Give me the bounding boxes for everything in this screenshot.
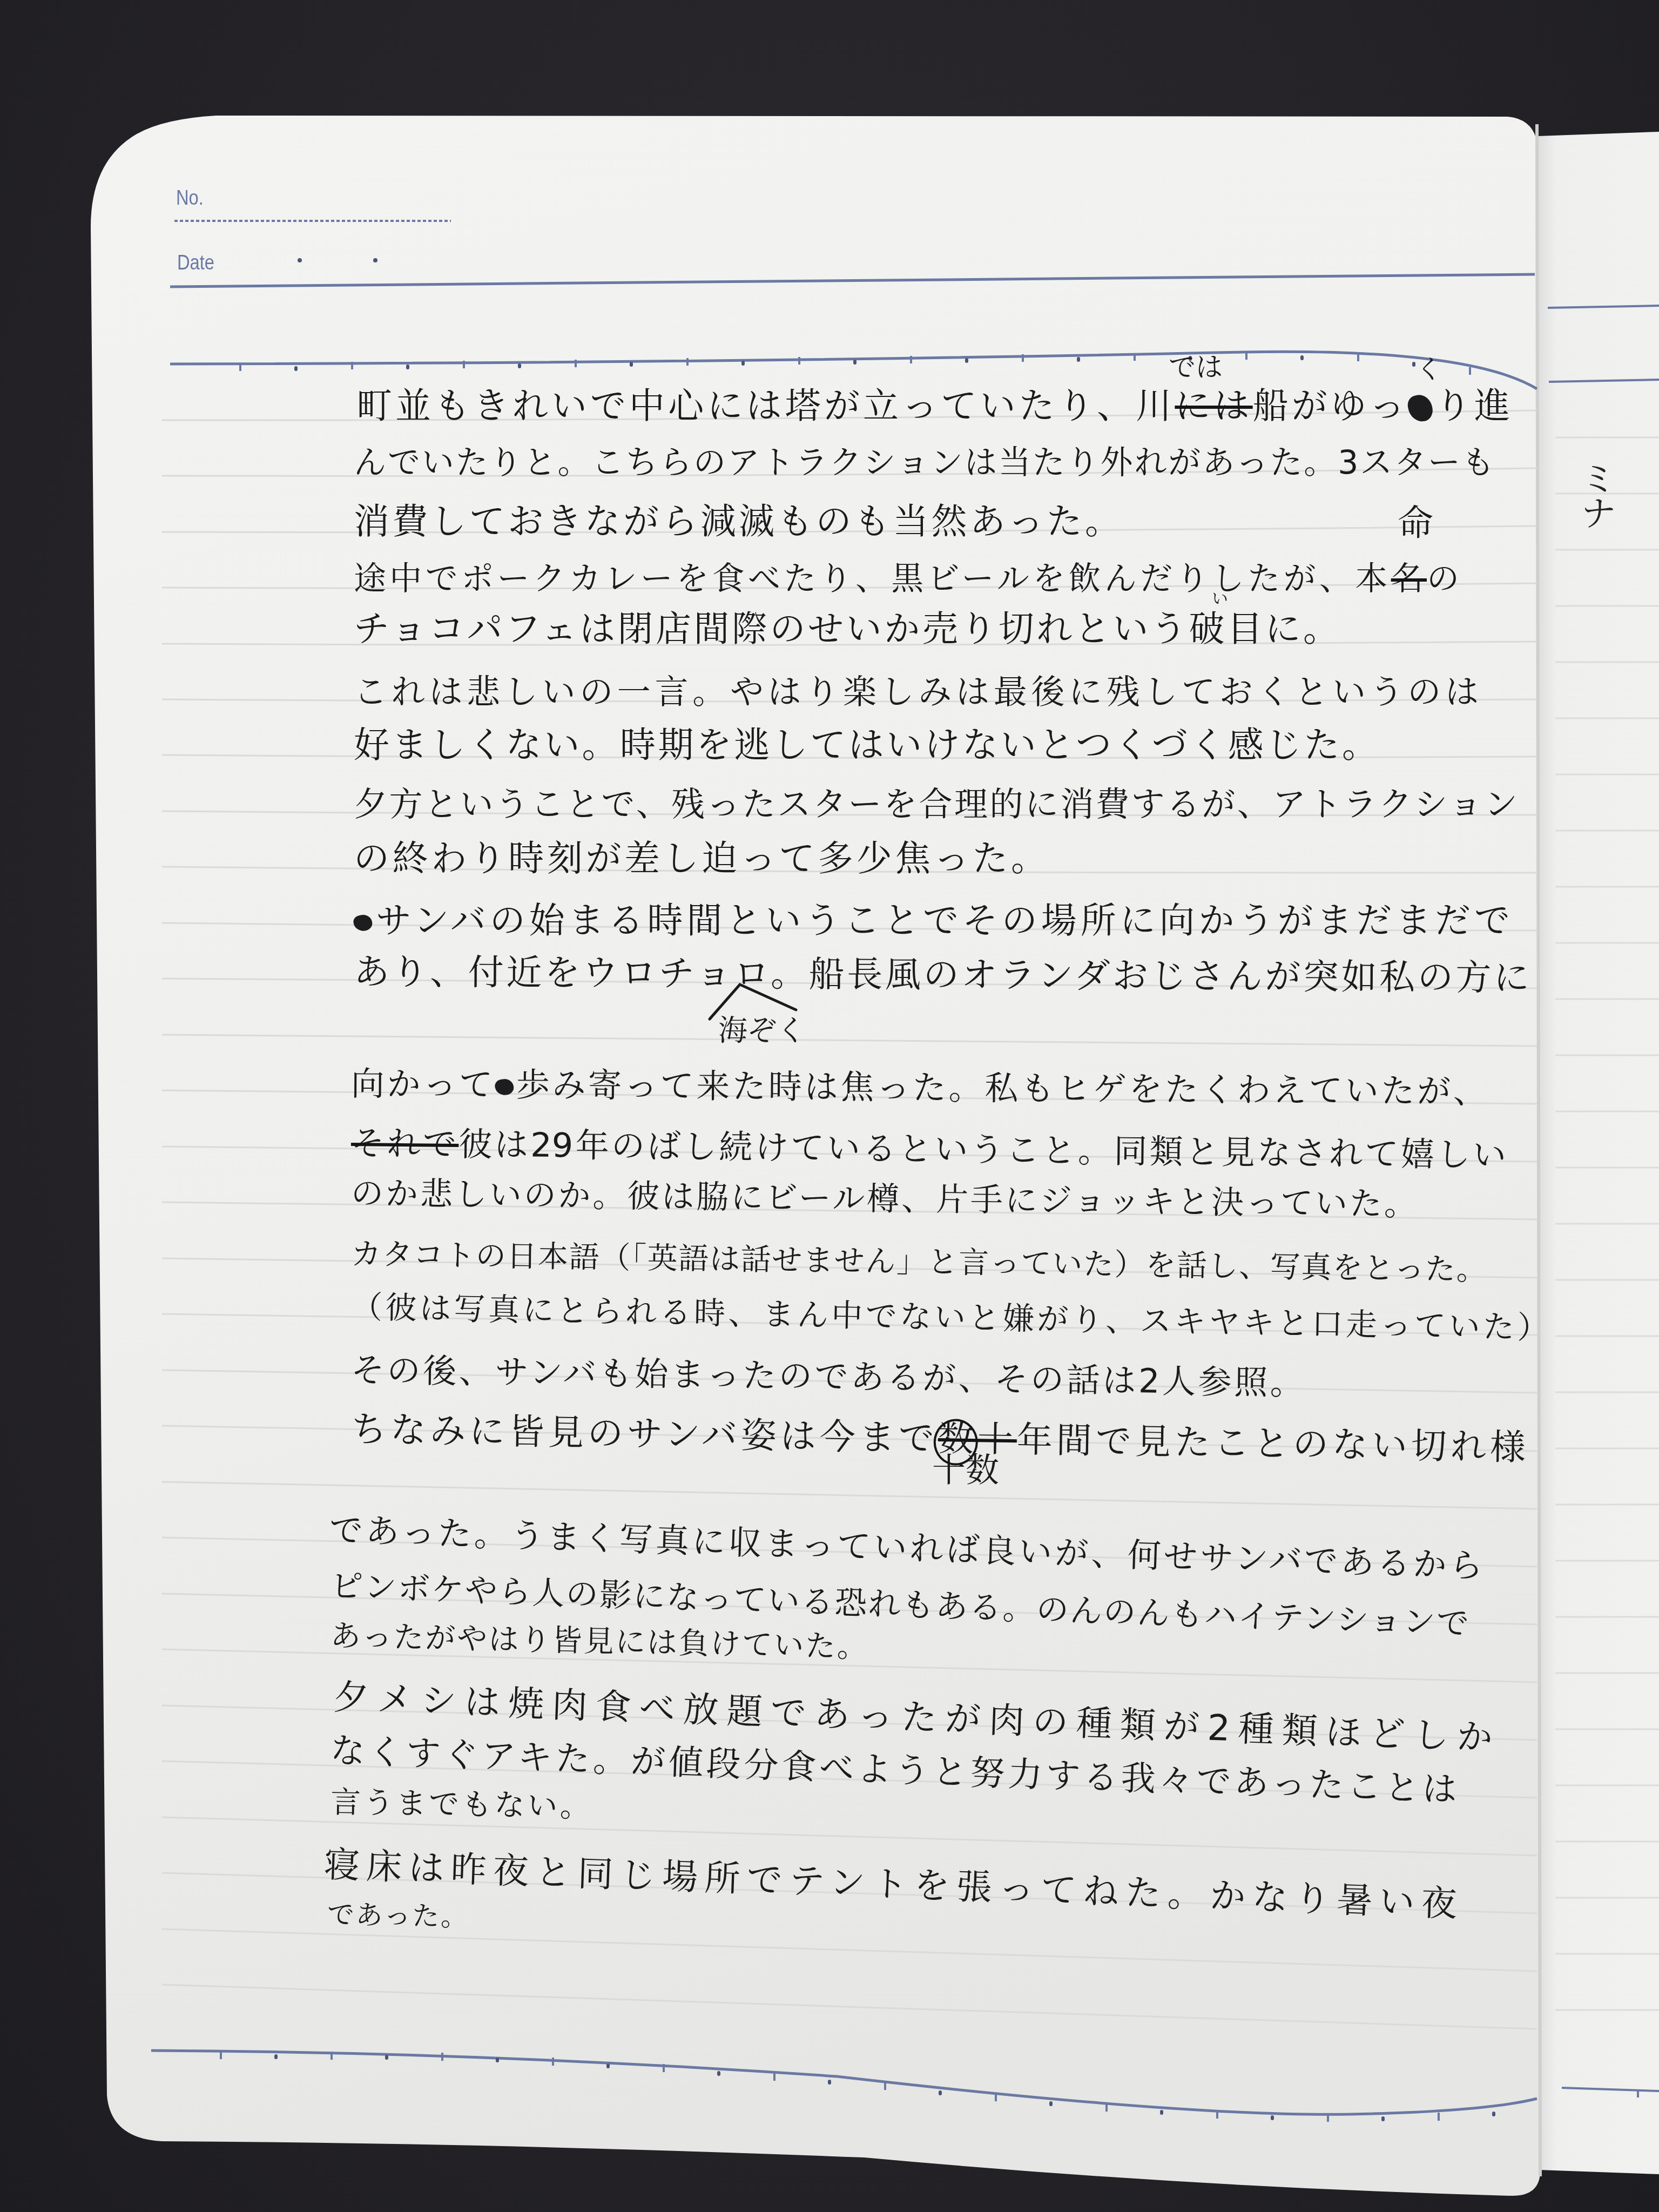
line-text: り進	[1432, 385, 1510, 427]
text-line: 途中でポークカレーを食べたり、黒ビールを飲んだりしたが、本名の	[354, 557, 1459, 601]
ink-blot	[352, 913, 373, 933]
date-label: Date	[177, 252, 214, 275]
struck-text: 名	[1391, 560, 1427, 598]
struck-text: には	[1175, 385, 1252, 427]
line-text: の	[1427, 560, 1459, 598]
text-line: 好ましくない。時期を逃してはいけないとつくづく感じた。	[354, 724, 1378, 767]
ink-blot	[494, 1077, 515, 1097]
text-line: チョコパフェは閉店間際のせいか売り切れという破目に。	[354, 608, 1339, 651]
right-page-text: ミナ	[1581, 462, 1659, 531]
line-text: 途中でポークカレーを食べたり、黒ビールを飲んだりしたが、本	[354, 560, 1391, 598]
text-line: 町並もきれいで中心には塔が立っていたり、川には船がゆっり進	[356, 385, 1510, 428]
date-separator-dot	[373, 258, 377, 262]
line-text: 彼は29年のばし続けているということ。同類と見なされて嬉しい	[458, 1124, 1506, 1175]
text-line: であった。	[327, 1893, 468, 1939]
correction-above: では	[1169, 354, 1223, 381]
text-line: んでいたりと。こちらのアトラクションは当たり外れがあった。3スターも	[354, 441, 1494, 484]
text-line: サンバの始まる時間ということでその場所に向かうがまだまだで	[354, 899, 1510, 942]
line-text: 年間で見たことのない切れ様	[1016, 1419, 1526, 1468]
no-label: No.	[176, 187, 204, 210]
insertion-below: 海ぞく	[718, 1016, 806, 1046]
struck-text: それで	[351, 1123, 459, 1164]
date-separator-dot	[298, 258, 302, 262]
correction-above: 命	[1398, 505, 1433, 541]
notebook-photo: No. Date 町並もきれいで中心には塔が立っていたり、川には船がゆっり進 ん…	[0, 0, 1659, 2212]
line-text: 町並もきれいで中心には塔が立っていたり、川	[356, 385, 1175, 427]
line-text: 向かって	[351, 1064, 495, 1104]
text-line: 夕方ということで、残ったスターを合理的に消費するが、アトラクション	[354, 783, 1518, 826]
correction-above: い	[1212, 591, 1228, 607]
ink-blot	[1406, 393, 1434, 424]
text-line: 向かって歩み寄って来た時は焦った。私もヒゲをたくわえていたが、	[351, 1062, 1487, 1114]
line-text: ちなみに皆見のサンバ姿は今まで	[350, 1408, 938, 1459]
text-line: 消費しておきながら減滅ものも当然あった。	[354, 500, 1121, 543]
text-line: 言うまでもない。	[330, 1781, 590, 1829]
text-line: あり、付近をウロチョロ。船長風のオランダおじさんが突如私の方に	[354, 950, 1529, 1000]
line-text: 歩み寄って来た時は焦った。私もヒゲをたくわえていたが、	[514, 1065, 1487, 1111]
insertion-below: 十数	[932, 1454, 999, 1487]
line-text: 船がゆっ	[1253, 385, 1408, 427]
correction-above: く	[1416, 356, 1442, 382]
line-text: サンバの始まる時間ということでその場所に向かうがまだまだで	[372, 900, 1510, 941]
text-line: の終わり時刻が差し迫って多少焦った。	[354, 837, 1047, 880]
text-line: これは悲しいの一言。やはり楽しみは最後に残しておくというのは	[354, 671, 1479, 714]
